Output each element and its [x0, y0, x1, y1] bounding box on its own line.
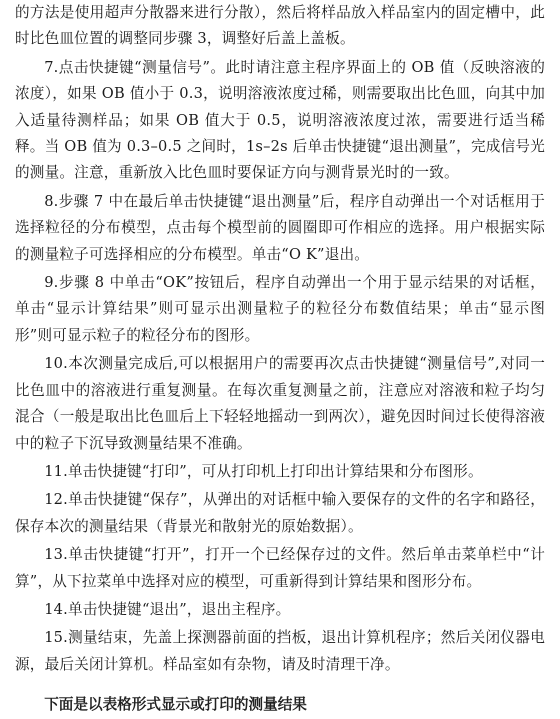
- paragraph-step-15: 15.测量结束，先盖上探测器前面的挡板，退出计算机程序；然后关闭仪器电源，最后关…: [15, 625, 545, 678]
- document-page: 的方法是使用超声分散器来进行分散），然后将样品放入样品室内的固定槽中，此时比色皿…: [15, 0, 545, 718]
- paragraph-step-7: 7.点击快捷键“测量信号”。此时请注意主程序界面上的 OB 值（反映溶液的浓度）…: [15, 55, 545, 187]
- paragraph-step-10: 10.本次测量完成后,可以根据用户的需要再次点击快捷键“测量信号”,对同一比色皿…: [15, 351, 545, 457]
- paragraph-step-14: 14.单击快捷键“退出”，退出主程序。: [15, 597, 545, 623]
- paragraph-step-9: 9.步骤 8 中单击“OK”按钮后，程序自动弹出一个用于显示结果的对话框，单击“…: [15, 270, 545, 349]
- paragraph-step-13: 13.单击快捷键“打开”，打开一个已经保存过的文件。然后单击菜单栏中“计算”，从…: [15, 542, 545, 595]
- results-table-heading: 下面是以表格形式显示或打印的测量结果: [15, 692, 545, 718]
- paragraph-step-12: 12.单击快捷键“保存”，从弹出的对话框中输入要保存的文件的名字和路径，保存本次…: [15, 487, 545, 540]
- paragraph-step-8: 8.步骤 7 中在最后单击快捷键“退出测量”后，程序自动弹出一个对话框用于选择粒…: [15, 189, 545, 268]
- paragraph-continuation: 的方法是使用超声分散器来进行分散），然后将样品放入样品室内的固定槽中，此时比色皿…: [15, 0, 545, 53]
- paragraph-step-11: 11.单击快捷键“打印”，可从打印机上打印出计算结果和分布图形。: [15, 459, 545, 485]
